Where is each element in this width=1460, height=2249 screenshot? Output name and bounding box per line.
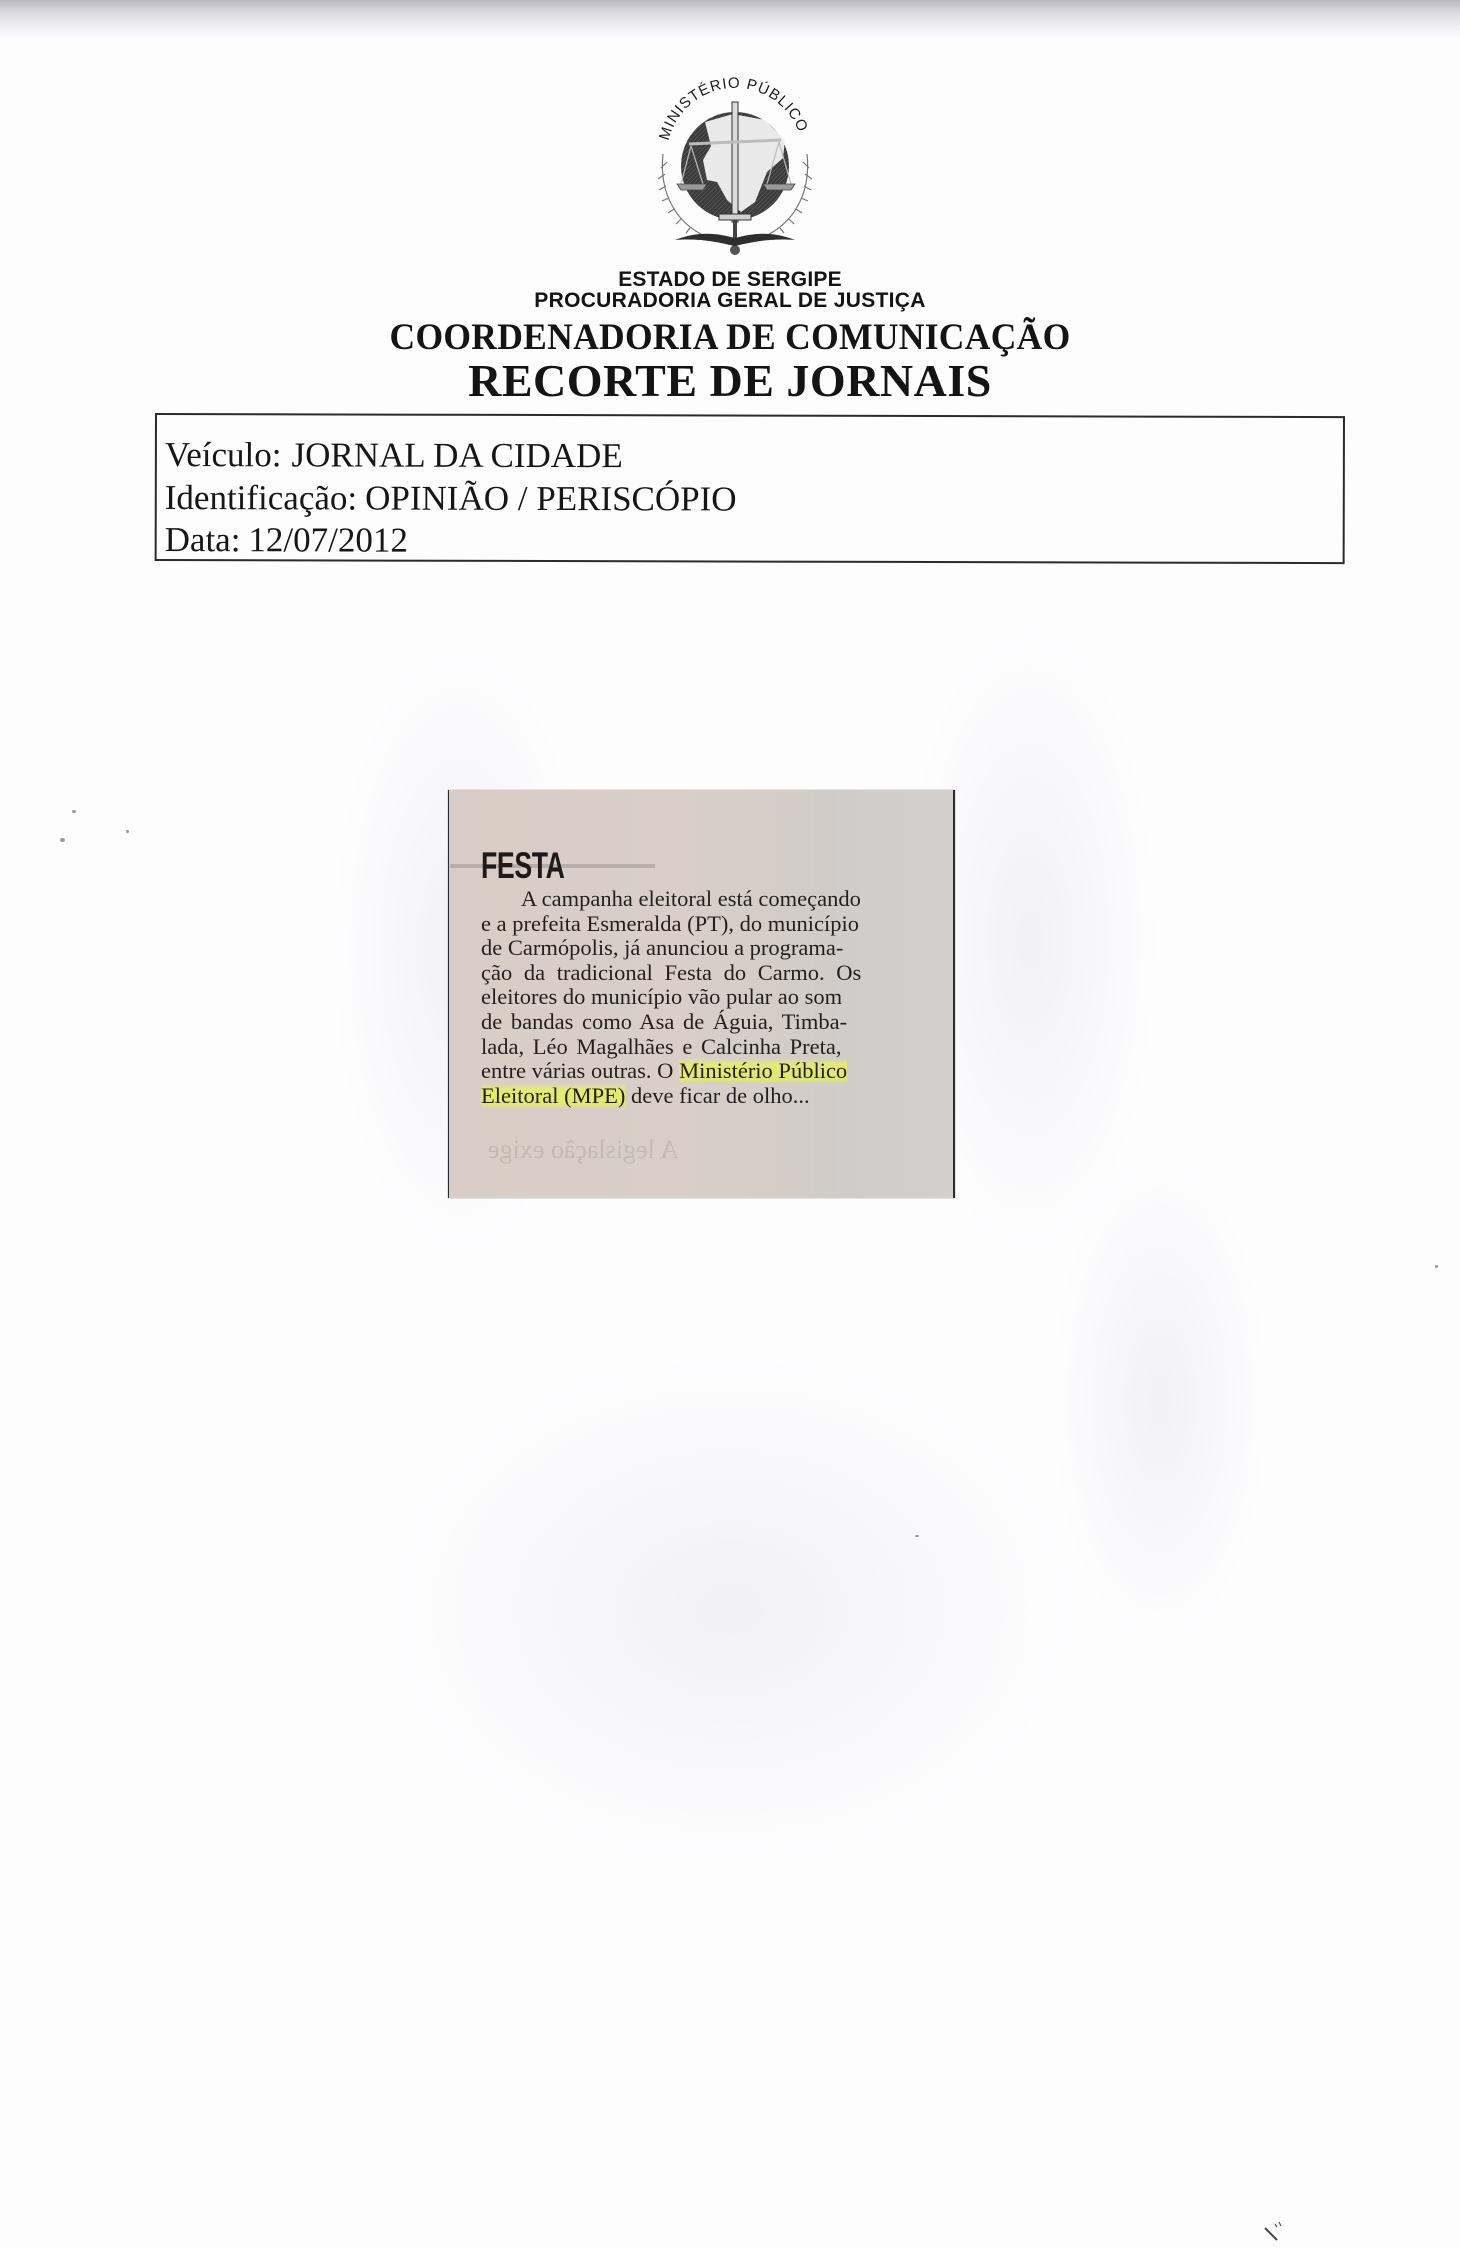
date-label: Data: — [165, 520, 241, 559]
scan-speck — [60, 838, 65, 842]
vehicle-value: JORNAL DA CIDADE — [291, 435, 622, 475]
clipping-text: entre várias outras. O — [481, 1058, 679, 1083]
clipping-line: lada, Léo Magalhães e Calcinha Preta, — [481, 1035, 921, 1060]
clipping-line: de Carmópolis, já anunciou a programa- — [481, 936, 921, 961]
bleed-through-text: A legislação exige — [488, 1135, 679, 1165]
highlighted-text: Ministério Público — [679, 1058, 847, 1083]
scan-mark — [1263, 2220, 1289, 2242]
newspaper-clipping: FESTA A campanha eleitoral está começand… — [448, 790, 955, 1198]
header-agency: PROCURADORIA GERAL DE JUSTIÇA — [0, 289, 1460, 313]
clipping-line: A campanha eleitoral está começando — [481, 887, 921, 912]
scan-ghost — [380, 1350, 1080, 1870]
identification-row: Identificação:OPINIÃO / PERISCÓPIO — [165, 480, 737, 516]
identification-label: Identificação: — [165, 478, 357, 518]
clipping-info-box: Veículo:JORNAL DA CIDADE Identificação:O… — [155, 413, 1345, 564]
identification-value: OPINIÃO / PERISCÓPIO — [365, 479, 737, 519]
ministerio-publico-emblem-icon: MINISTÉRIO PÚBLICO — [645, 62, 825, 262]
scan-speck — [126, 830, 129, 833]
clipping-line: de bandas como Asa de Águia, Timba- — [481, 1010, 921, 1035]
vehicle-row: Veículo:JORNAL DA CIDADE — [165, 437, 623, 473]
scan-speck — [915, 1535, 919, 1537]
scan-speck — [1435, 1265, 1438, 1268]
clipping-line: ção da tradicional Festa do Carmo. Os — [481, 961, 921, 986]
clipping-body: A campanha eleitoral está começando e a … — [481, 887, 921, 1108]
clipping-line: Eleitoral (MPE) deve ficar de olho... — [481, 1084, 921, 1109]
clipping-line: eleitores do município vão pular ao som — [481, 985, 921, 1010]
scan-ghost — [1050, 1150, 1270, 1650]
date-row: Data:12/07/2012 — [165, 522, 408, 558]
scan-speck — [72, 810, 76, 813]
vehicle-label: Veículo: — [165, 435, 282, 474]
date-value: 12/07/2012 — [248, 520, 408, 559]
clipping-line: e a prefeita Esmeralda (PT), do municípi… — [481, 912, 921, 937]
highlighted-text: Eleitoral (MPE) — [481, 1083, 625, 1108]
document-title: RECORTE DE JORNAIS — [0, 354, 1460, 407]
scan-edge-shadow — [0, 0, 1460, 40]
clipping-title: FESTA — [481, 847, 565, 884]
header-department: COORDENADORIA DE COMUNICAÇÃO — [29, 316, 1431, 359]
clipping-text: deve ficar de olho... — [625, 1083, 809, 1108]
clipping-line: entre várias outras. O Ministério Públic… — [481, 1059, 921, 1084]
